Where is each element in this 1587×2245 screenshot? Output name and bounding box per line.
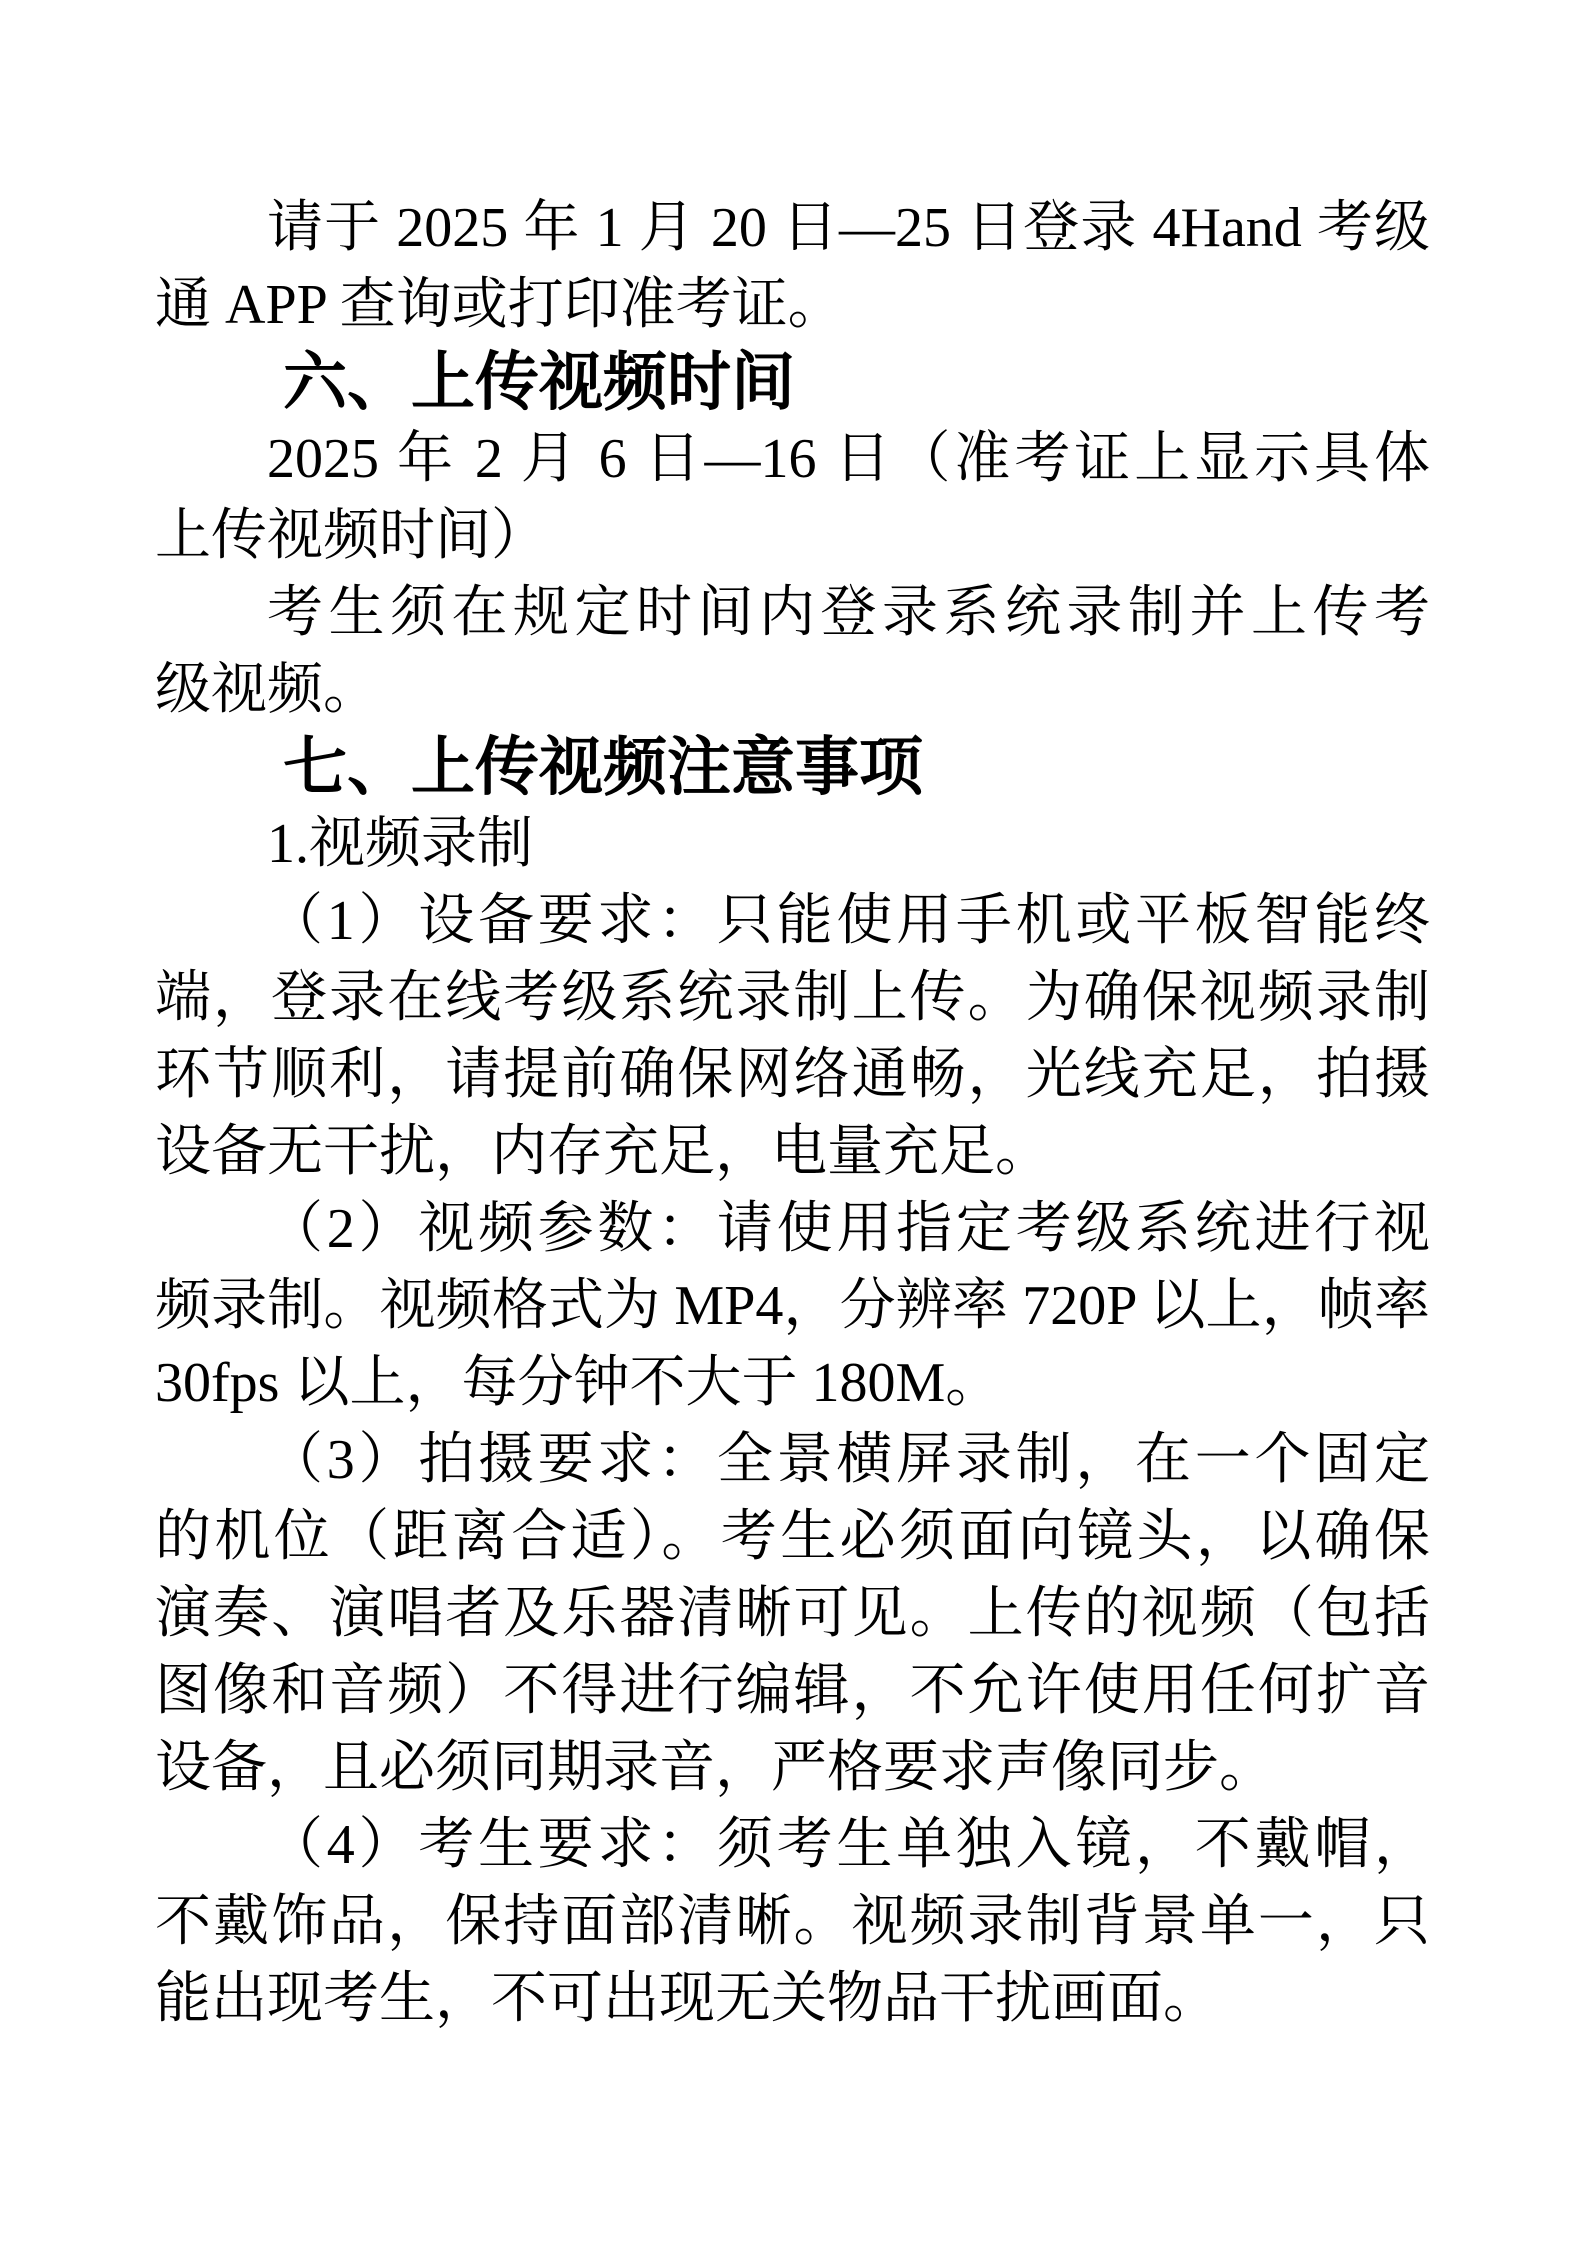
text-line: 级视频。 [155,652,1430,729]
text-line: 2025 年 2 月 6 日—16 日（准考证上显示具体 [155,421,1430,498]
para-shooting-requirements: （3）拍摄要求：全景横屏录制，在一个固定 的机位（距离合适）。考生必须面向镜头，… [155,1422,1430,1807]
para-upload-obligation: 考生须在规定时间内登录系统录制并上传考 级视频。 [155,575,1430,729]
heading-upload-time: 六、上传视频时间 [155,344,1430,421]
text-line: 频录制。视频格式为 MP4，分辨率 720P 以上，帧率 [155,1268,1430,1345]
text-line: 通 APP 查询或打印准考证。 [155,267,1430,344]
text-line: 设备，且必须同期录音，严格要求声像同步。 [155,1730,1430,1807]
para-device-requirements: （1）设备要求：只能使用手机或平板智能终 端，登录在线考级系统录制上传。为确保视… [155,883,1430,1191]
text-line: （2）视频参数：请使用指定考级系统进行视 [155,1191,1430,1268]
document-page: 请于 2025 年 1 月 20 日—25 日登录 4Hand 考级 通 APP… [0,0,1587,2245]
para-upload-window: 2025 年 2 月 6 日—16 日（准考证上显示具体 上传视频时间） [155,421,1430,575]
text-line: 请于 2025 年 1 月 20 日—25 日登录 4Hand 考级 [155,190,1430,267]
text-line: 1.视频录制 [155,806,1430,883]
text-line: 能出现考生，不可出现无关物品干扰画面。 [155,1961,1430,2038]
text-line: （4）考生要求：须考生单独入镜，不戴帽， [155,1807,1430,1884]
text-line: （1）设备要求：只能使用手机或平板智能终 [155,883,1430,960]
text-line: （3）拍摄要求：全景横屏录制，在一个固定 [155,1422,1430,1499]
para-admission-ticket: 请于 2025 年 1 月 20 日—25 日登录 4Hand 考级 通 APP… [155,190,1430,344]
text-line: 不戴饰品，保持面部清晰。视频录制背景单一，只 [155,1884,1430,1961]
para-video-recording-label: 1.视频录制 [155,806,1430,883]
para-video-parameters: （2）视频参数：请使用指定考级系统进行视 频录制。视频格式为 MP4，分辨率 7… [155,1191,1430,1422]
text-line: 端，登录在线考级系统录制上传。为确保视频录制 [155,960,1430,1037]
text-line: 环节顺利，请提前确保网络通畅，光线充足，拍摄 [155,1037,1430,1114]
text-line: 演奏、演唱者及乐器清晰可见。上传的视频（包括 [155,1576,1430,1653]
text-line: 考生须在规定时间内登录系统录制并上传考 [155,575,1430,652]
text-line: 上传视频时间） [155,498,1430,575]
text-line: 图像和音频）不得进行编辑，不允许使用任何扩音 [155,1653,1430,1730]
text-line: 设备无干扰，内存充足，电量充足。 [155,1114,1430,1191]
heading-upload-notes: 七、上传视频注意事项 [155,729,1430,806]
text-line: 的机位（距离合适）。考生必须面向镜头，以确保 [155,1499,1430,1576]
text-line: 30fps 以上，每分钟不大于 180M。 [155,1345,1430,1422]
para-candidate-requirements: （4）考生要求：须考生单独入镜，不戴帽， 不戴饰品，保持面部清晰。视频录制背景单… [155,1807,1430,2038]
